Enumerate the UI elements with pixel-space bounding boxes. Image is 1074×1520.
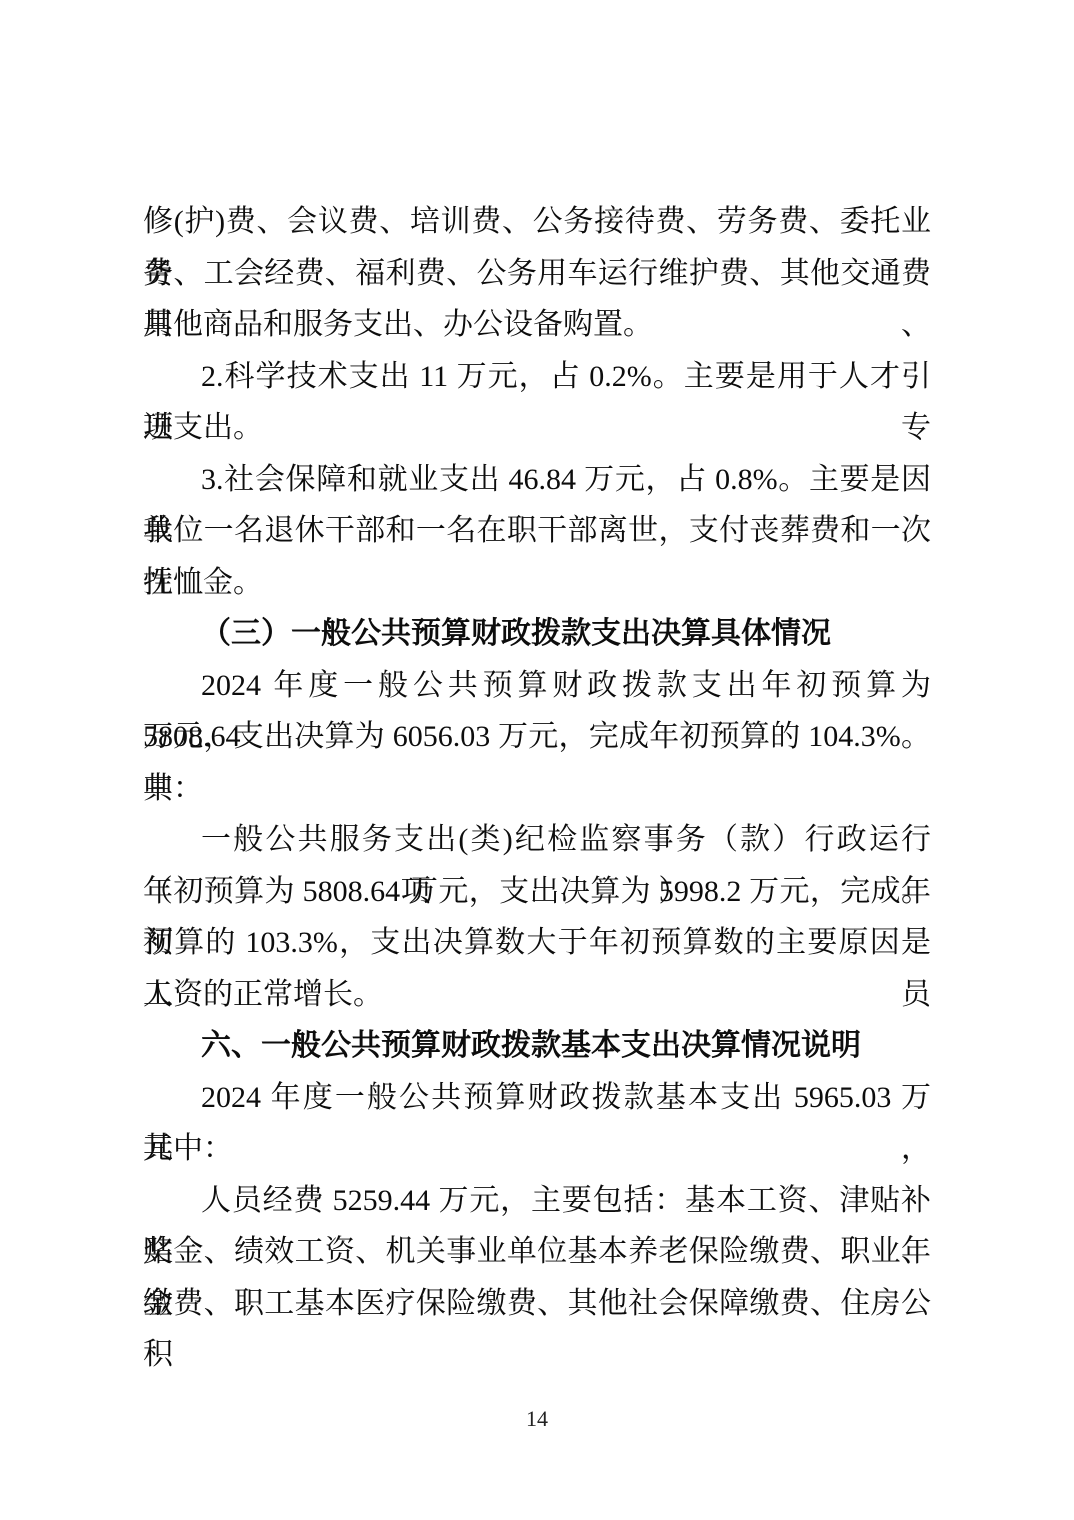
paragraph: 2.科学技术支出 11 万元，占 0.2%。主要是用于人才引进专 项支出。 (143, 351, 931, 454)
paragraph: 3.社会保障和就业支出 46.84 万元，占 0.8%。主要是因我 单位一名退休… (143, 454, 931, 609)
text-line: 预算的 103.3%，支出决算数大于年初预算数的主要原因是人员 (143, 917, 931, 969)
subsection-heading: （三）一般公共预算财政拨款支出决算具体情况 (143, 608, 931, 660)
paragraph: 2024 年度一般公共预算财政拨款支出年初预算为 5808.64 万元，支出决算… (143, 660, 931, 815)
text-line: 缴费、职工基本医疗保险缴费、其他社会保障缴费、住房公积 (143, 1278, 931, 1330)
text-line: 2.科学技术支出 11 万元，占 0.2%。主要是用于人才引进专 (143, 351, 931, 403)
document-page: 修(护)费、会议费、培训费、公务接待费、劳务费、委托业务 费、工会经费、福利费、… (0, 0, 1074, 1520)
heading-line: 六、一般公共预算财政拨款基本支出决算情况说明 (143, 1020, 931, 1072)
text-block: 修(护)费、会议费、培训费、公务接待费、劳务费、委托业务 费、工会经费、福利费、… (143, 196, 931, 1329)
text-line: 中： (143, 763, 931, 815)
text-line: 3.社会保障和就业支出 46.84 万元，占 0.8%。主要是因我 (143, 454, 931, 506)
text-line: 万元，支出决算为 6056.03 万元，完成年初预算的 104.3%。其 (143, 711, 931, 763)
text-line: 年初预算为 5808.64 万元，支出决算为 5998.2 万元，完成年初 (143, 866, 931, 918)
text-line: 一般公共服务支出(类)纪检监察事务（款）行政运行（项）。 (143, 814, 931, 866)
heading-line: （三）一般公共预算财政拨款支出决算具体情况 (143, 608, 931, 660)
text-line: 2024 年度一般公共预算财政拨款基本支出 5965.03 万元， (143, 1072, 931, 1124)
text-line: 人员经费 5259.44 万元，主要包括：基本工资、津贴补贴、 (143, 1175, 931, 1227)
paragraph: 人员经费 5259.44 万元，主要包括：基本工资、津贴补贴、 奖金、绩效工资、… (143, 1175, 931, 1330)
text-line: 单位一名退休干部和一名在职干部离世，支付丧葬费和一次性 (143, 505, 931, 557)
paragraph: 修(护)费、会议费、培训费、公务接待费、劳务费、委托业务 费、工会经费、福利费、… (143, 196, 931, 351)
text-line: 费、工会经费、福利费、公务用车运行维护费、其他交通费用、 (143, 248, 931, 300)
text-line: 修(护)费、会议费、培训费、公务接待费、劳务费、委托业务 (143, 196, 931, 248)
paragraph: 2024 年度一般公共预算财政拨款基本支出 5965.03 万元， 其中： (143, 1072, 931, 1175)
text-line: 奖金、绩效工资、机关事业单位基本养老保险缴费、职业年金 (143, 1226, 931, 1278)
paragraph: 一般公共服务支出(类)纪检监察事务（款）行政运行（项）。 年初预算为 5808.… (143, 814, 931, 1020)
section-heading: 六、一般公共预算财政拨款基本支出决算情况说明 (143, 1020, 931, 1072)
text-line: 2024 年度一般公共预算财政拨款支出年初预算为 5808.64 (143, 660, 931, 712)
text-line: 抚恤金。 (143, 557, 931, 609)
page-number: 14 (0, 1406, 1074, 1432)
